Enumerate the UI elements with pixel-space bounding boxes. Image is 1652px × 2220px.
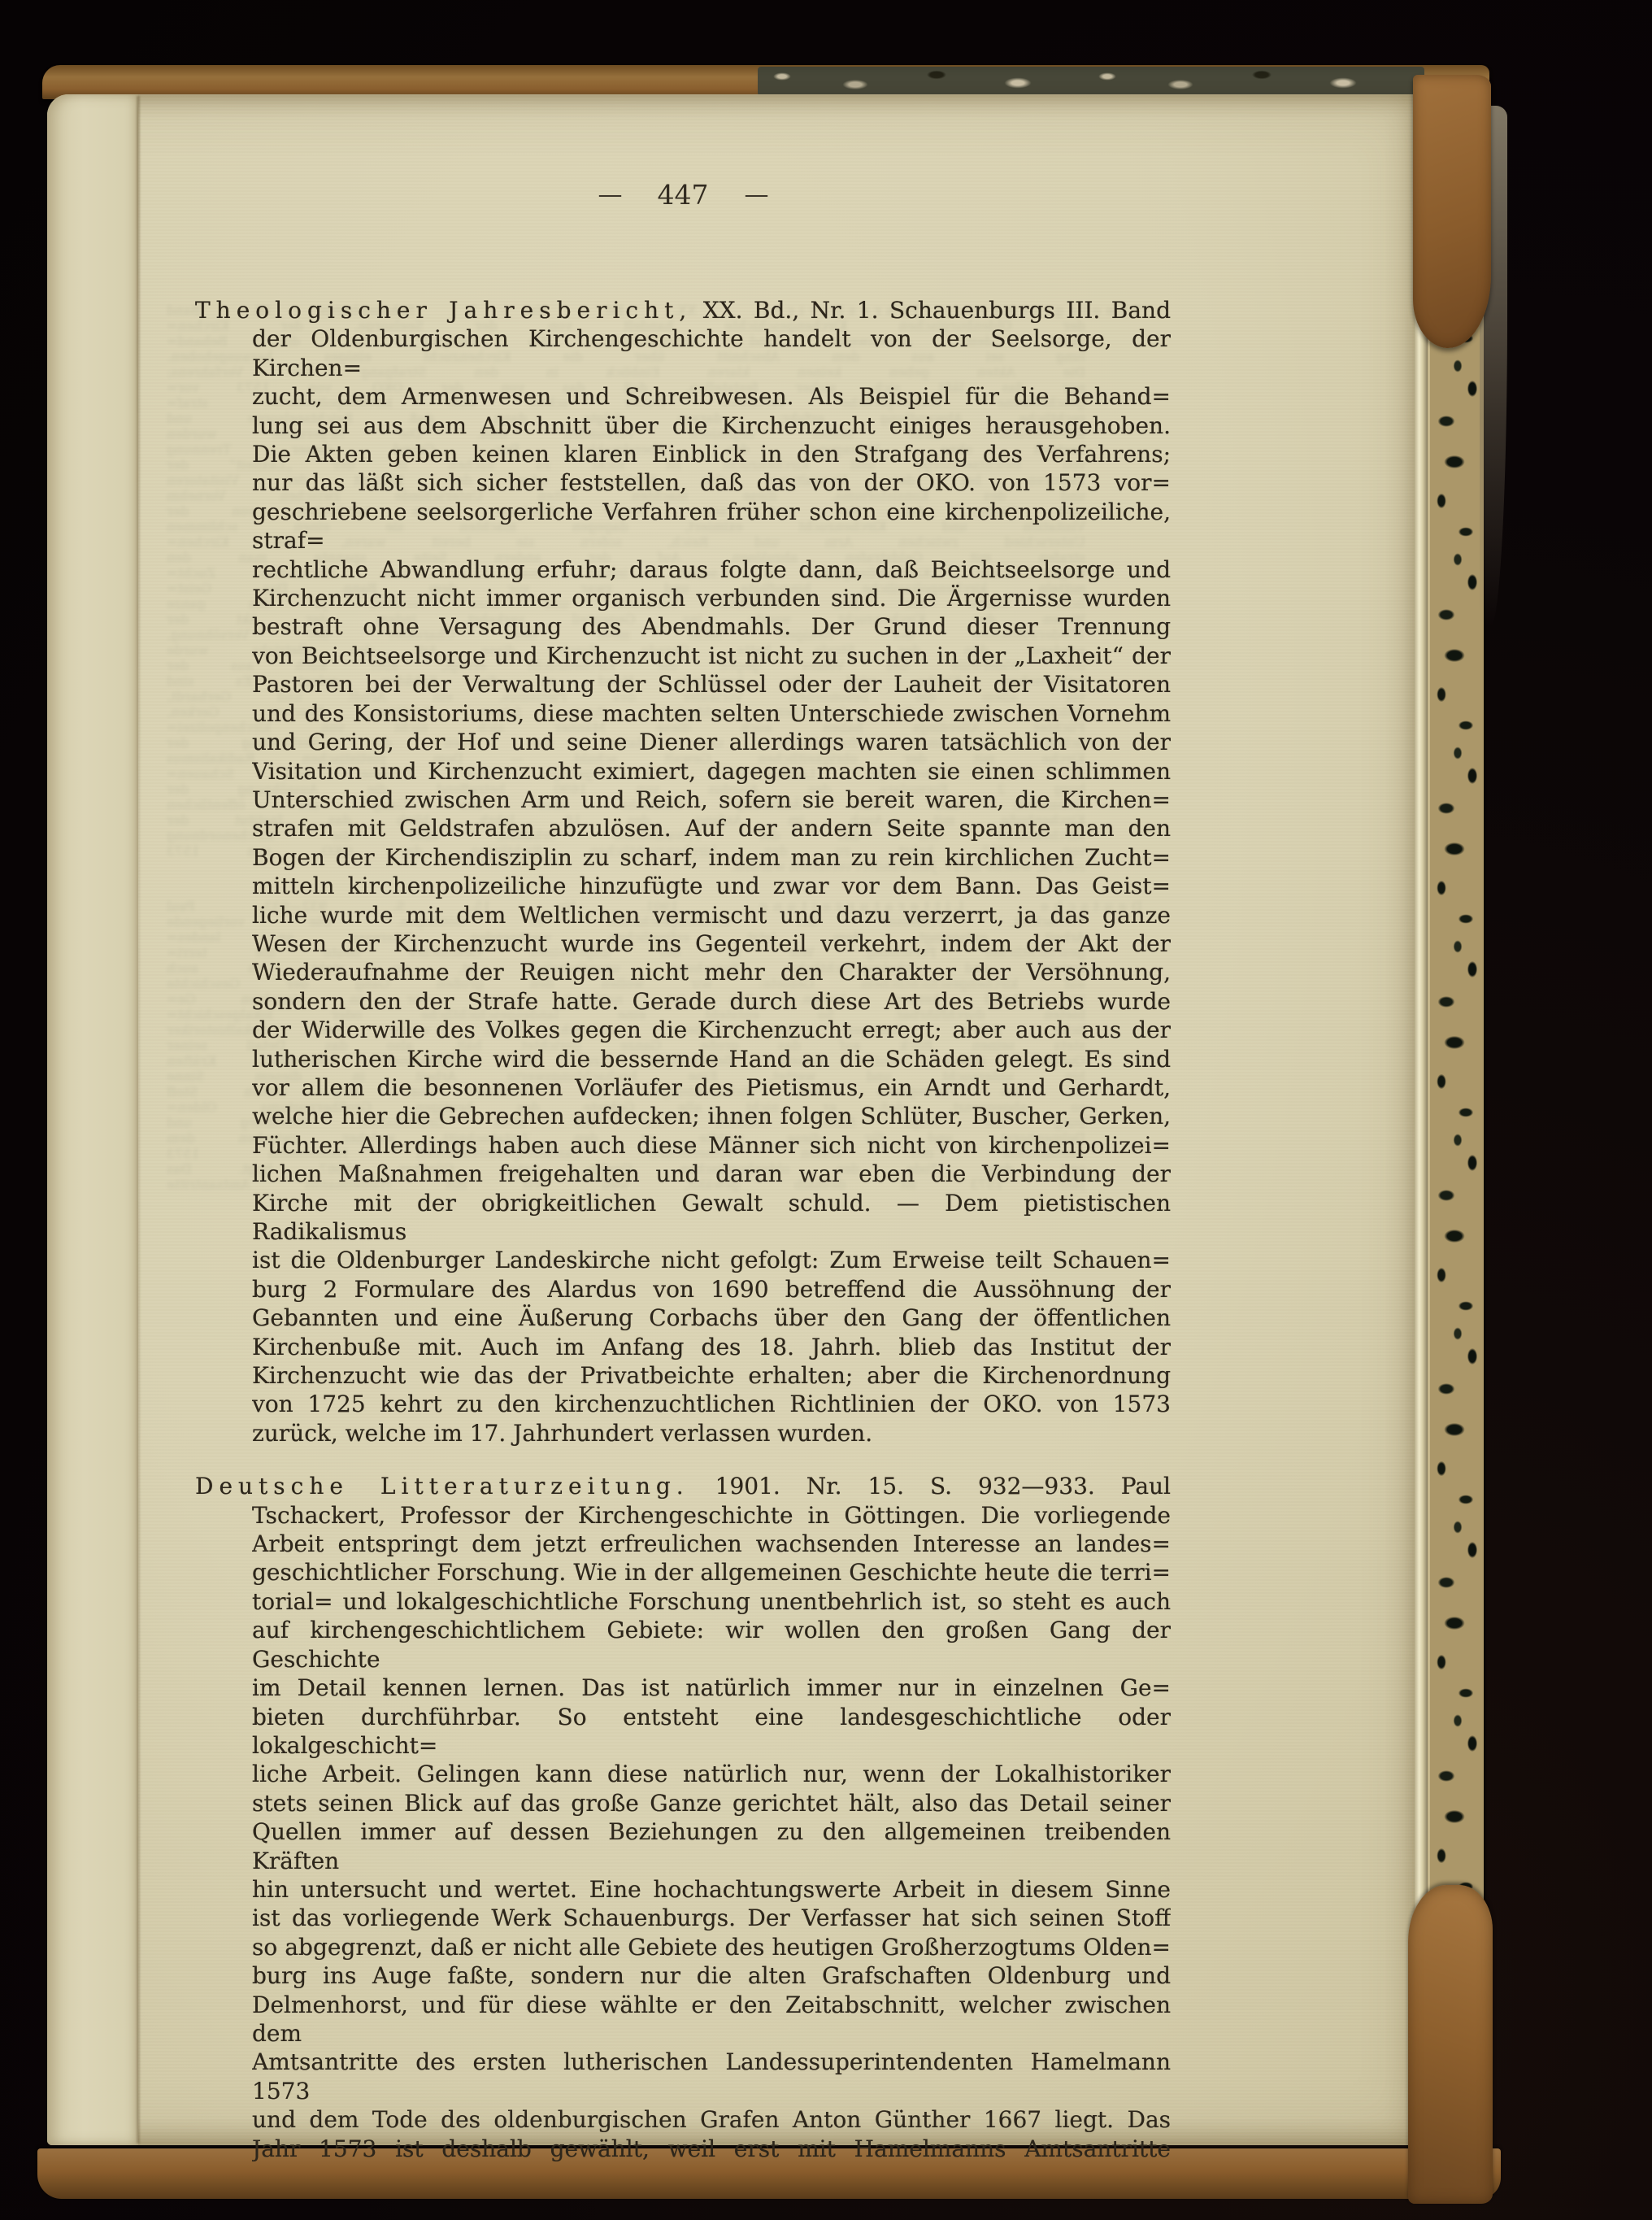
page-header: — 447 —	[195, 176, 1171, 213]
text-line: bieten durchführbar. So entsteht eine la…	[252, 1703, 1171, 1761]
text-line: und Gering, der Hof und seine Diener all…	[252, 728, 1171, 756]
text-line: hin untersucht und wertet. Eine hochacht…	[252, 1875, 1171, 1904]
leather-corner-bottom-right	[1408, 1885, 1493, 2204]
text-line: Theologischer Jahresbericht, XX. Bd., Nr…	[195, 296, 1171, 324]
text-line: mitteln kirchenpolizeiliche hinzufügte u…	[252, 872, 1171, 900]
entry-heading-rest: XX. Bd., Nr. 1. Schauenburgs III. Band	[692, 297, 1171, 324]
page-hinge-crease	[137, 96, 140, 2144]
endpaper-strip	[47, 94, 138, 2145]
text-line: Bogen der Kirchendisziplin zu scharf, in…	[252, 843, 1171, 872]
text-line: torial= und lokalgeschichtliche Forschun…	[252, 1587, 1171, 1616]
text-line: Wiederaufnahme der Reuigen nicht mehr de…	[252, 958, 1171, 986]
header-right-dash: —	[745, 181, 768, 209]
text-line: von 1725 kehrt zu den kirchenzuchtlichen…	[252, 1390, 1171, 1418]
text-line: Visitation und Kirchenzucht eximiert, da…	[252, 757, 1171, 786]
entry-heading: Theologischer Jahresbericht,	[195, 297, 692, 324]
text-line: sondern den der Strafe hatte. Gerade dur…	[252, 987, 1171, 1016]
text-line: burg 2 Formulare des Alardus von 1690 be…	[252, 1275, 1171, 1304]
text-line: Tschackert, Professor der Kirchengeschic…	[252, 1501, 1171, 1530]
text-line: lutherischen Kirche wird die bessernde H…	[252, 1045, 1171, 1073]
text-line: Kirche mit der obrigkeitlichen Gewalt sc…	[252, 1189, 1171, 1247]
text-line: im Detail kennen lernen. Das ist natürli…	[252, 1674, 1171, 1702]
text-line: Kirchenbuße mit. Auch im Anfang des 18. …	[252, 1333, 1171, 1361]
text-line: Quellen immer auf dessen Beziehungen zu …	[252, 1817, 1171, 1875]
text-line: der Oldenburgischen Kirchengeschichte ha…	[252, 324, 1171, 382]
header-left-dash: —	[598, 181, 622, 209]
text-line: Amtsantritte des ersten lutherischen Lan…	[252, 2048, 1171, 2105]
text-line: Die Akten geben keinen klaren Einblick i…	[252, 440, 1171, 468]
page-number: 447	[658, 179, 709, 211]
text-line: zurück, welche im 17. Jahrhundert verlas…	[252, 1419, 1171, 1447]
text-line: Gebannten und eine Äußerung Corbachs übe…	[252, 1304, 1171, 1332]
book-cover-top-marbling	[758, 67, 1424, 96]
text-line: und dem Tode des oldenburgischen Grafen …	[252, 2105, 1171, 2134]
text-line: von Beichtseelsorge und Kirchenzucht ist…	[252, 642, 1171, 670]
text-line: Deutsche Litteraturzeitung. 1901. Nr. 15…	[195, 1472, 1171, 1500]
text-line: auf kirchengeschichtlichem Gebiete: wir …	[252, 1616, 1171, 1674]
text-line: vor allem die besonnenen Vorläufer des P…	[252, 1073, 1171, 1102]
text-line: geschichtlicher Forschung. Wie in der al…	[252, 1558, 1171, 1587]
entry-heading: Deutsche Litteraturzeitung.	[195, 1473, 689, 1500]
entry-deutsche-litteraturzeitung: Deutsche Litteraturzeitung. 1901. Nr. 15…	[195, 1472, 1171, 2163]
leather-corner-top-right	[1413, 75, 1491, 348]
text-line: strafen mit Geldstrafen abzulösen. Auf d…	[252, 814, 1171, 842]
text-line: Arbeit entspringt dem jetzt erfreulichen…	[252, 1530, 1171, 1558]
text-line: Delmenhorst, und für diese wählte er den…	[252, 1991, 1171, 2048]
text-line: so abgegrenzt, daß er nicht alle Gebiete…	[252, 1933, 1171, 1961]
text-line: lichen Maßnahmen freigehalten und daran …	[252, 1160, 1171, 1188]
text-line: Wesen der Kirchenzucht wurde ins Gegente…	[252, 929, 1171, 958]
text-line: bestraft ohne Versagung des Abendmahls. …	[252, 612, 1171, 641]
page-stack-edge	[1415, 99, 1428, 2142]
text-line: ist das vorliegende Werk Schauenburgs. D…	[252, 1904, 1171, 1932]
text-line: stets seinen Blick auf das große Ganze g…	[252, 1789, 1171, 1817]
text-line: Kirchenzucht wie das der Privatbeichte e…	[252, 1361, 1171, 1390]
text-line: und des Konsistoriums, diese machten sel…	[252, 699, 1171, 728]
text-line: ist die Oldenburger Landeskirche nicht g…	[252, 1246, 1171, 1274]
marbled-board-edge	[1428, 98, 1484, 2147]
text-line: zucht, dem Armenwesen und Schreibwesen. …	[252, 382, 1171, 411]
text-line: liche Arbeit. Gelingen kann diese natürl…	[252, 1760, 1171, 1788]
body-text-block: Theologischer Jahresbericht, XX. Bd., Nr…	[195, 296, 1171, 2163]
text-line: burg ins Auge faßte, sondern nur die alt…	[252, 1961, 1171, 1990]
text-line: welche hier die Gebrechen aufdecken; ihn…	[252, 1102, 1171, 1130]
text-line: nur das läßt sich sicher feststellen, da…	[252, 468, 1171, 497]
text-line: Füchter. Allerdings haben auch diese Män…	[252, 1131, 1171, 1160]
text-line: Jahr 1573 ist deshalb gewählt, weil erst…	[252, 2135, 1171, 2163]
text-line: rechtliche Abwandlung erfuhr; daraus fol…	[252, 555, 1171, 584]
text-line: lung sei aus dem Abschnitt über die Kirc…	[252, 411, 1171, 440]
text-line: Pastoren bei der Verwaltung der Schlüsse…	[252, 670, 1171, 699]
entry-heading-rest: 1901. Nr. 15. S. 932—933. Paul	[689, 1473, 1171, 1500]
text-line: der Widerwille des Volkes gegen die Kirc…	[252, 1016, 1171, 1044]
text-line: geschriebene seelsorgerliche Verfahren f…	[252, 498, 1171, 555]
entry-theologischer-jahresbericht: Theologischer Jahresbericht, XX. Bd., Nr…	[195, 296, 1171, 1447]
text-line: Unterschied zwischen Arm und Reich, sofe…	[252, 786, 1171, 814]
text-line: liche wurde mit dem Weltlichen vermischt…	[252, 901, 1171, 929]
text-line: Kirchenzucht nicht immer organisch verbu…	[252, 584, 1171, 612]
